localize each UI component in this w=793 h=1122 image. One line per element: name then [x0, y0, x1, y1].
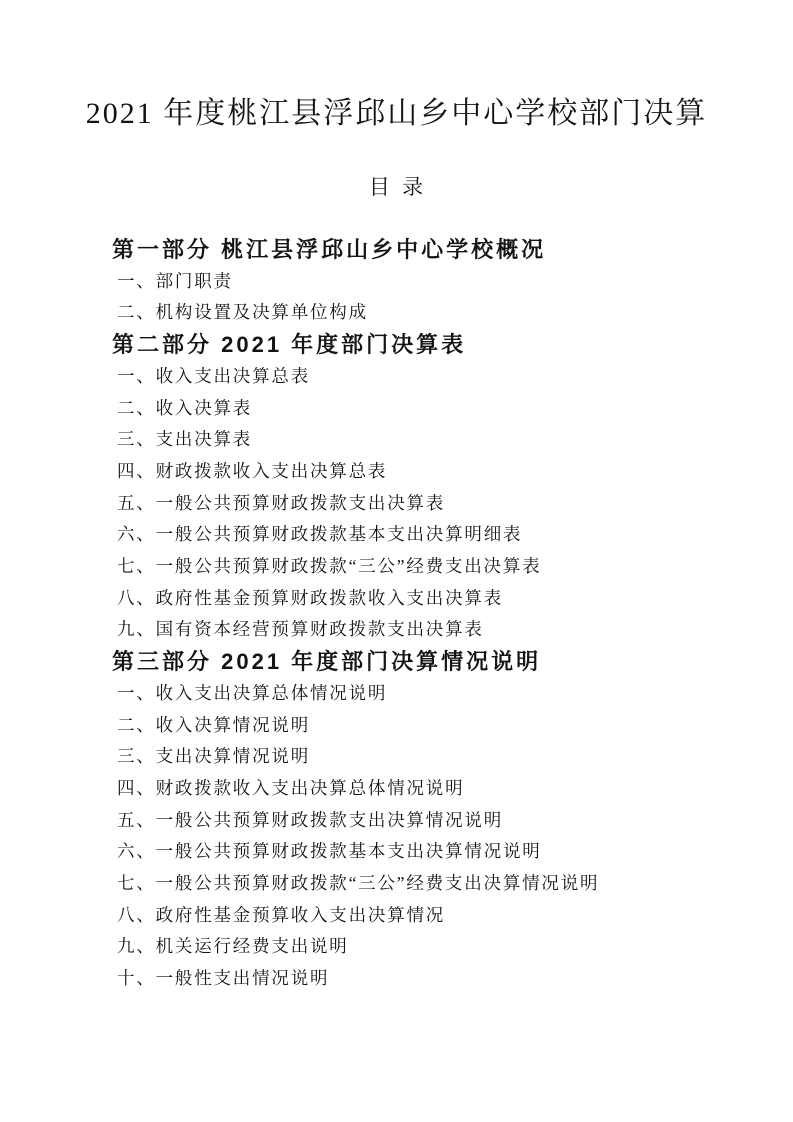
toc-item: 四、财政拨款收入支出决算总表 — [0, 456, 793, 488]
document-title: 2021 年度桃江县浮邱山乡中心学校部门决算 — [0, 0, 793, 132]
toc-item: 二、收入决算情况说明 — [0, 710, 793, 742]
toc-item: 一、收入支出决算总表 — [0, 361, 793, 393]
toc-item: 三、支出决算表 — [0, 424, 793, 456]
toc-item: 二、机构设置及决算单位构成 — [0, 297, 793, 329]
toc-item: 三、支出决算情况说明 — [0, 741, 793, 773]
toc-item: 二、收入决算表 — [0, 393, 793, 425]
toc-item: 九、国有资本经营预算财政拨款支出决算表 — [0, 614, 793, 646]
toc-item: 八、政府性基金预算财政拨款收入支出决算表 — [0, 583, 793, 615]
toc-item: 六、一般公共预算财政拨款基本支出决算情况说明 — [0, 836, 793, 868]
toc-item: 七、一般公共预算财政拨款“三公”经费支出决算表 — [0, 551, 793, 583]
toc-item: 六、一般公共预算财政拨款基本支出决算明细表 — [0, 519, 793, 551]
toc-item: 十、一般性支出情况说明 — [0, 963, 793, 995]
toc-heading: 目 录 — [0, 174, 793, 200]
toc-item: 八、政府性基金预算收入支出决算情况 — [0, 900, 793, 932]
toc-item: 五、一般公共预算财政拨款支出决算情况说明 — [0, 805, 793, 837]
toc-section-heading-part3: 第三部分 2021 年度部门决算情况说明 — [0, 646, 793, 678]
toc-item: 四、财政拨款收入支出决算总体情况说明 — [0, 773, 793, 805]
toc-item: 一、收入支出决算总体情况说明 — [0, 678, 793, 710]
toc-section-heading-part1: 第一部分 桃江县浮邱山乡中心学校概况 — [0, 234, 793, 266]
toc-item: 一、部门职责 — [0, 266, 793, 298]
table-of-contents: 第一部分 桃江县浮邱山乡中心学校概况 一、部门职责 二、机构设置及决算单位构成 … — [0, 234, 793, 995]
toc-section-heading-part2: 第二部分 2021 年度部门决算表 — [0, 329, 793, 361]
toc-item: 五、一般公共预算财政拨款支出决算表 — [0, 488, 793, 520]
document-page: 2021 年度桃江县浮邱山乡中心学校部门决算 目 录 第一部分 桃江县浮邱山乡中… — [0, 0, 793, 1122]
toc-item: 七、一般公共预算财政拨款“三公”经费支出决算情况说明 — [0, 868, 793, 900]
toc-item: 九、机关运行经费支出说明 — [0, 931, 793, 963]
